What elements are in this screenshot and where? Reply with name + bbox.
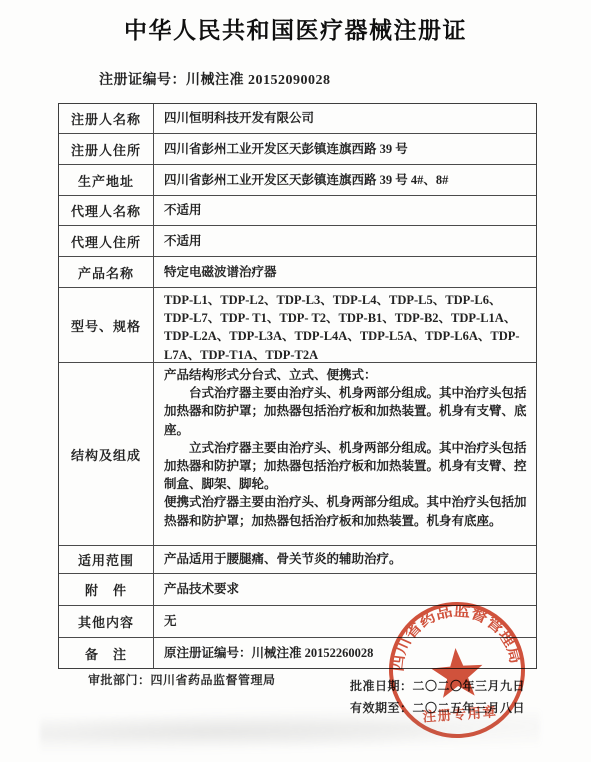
table-row-production-address: 生产地址 四川省彭州工业开发区天彭镇连旗西路 39 号 4#、8# [59, 164, 536, 195]
table-row-product-name: 产品名称 特定电磁波谱治疗器 [59, 256, 536, 287]
row-value: 四川省彭州工业开发区天彭镇连旗西路 39 号 [154, 134, 536, 164]
approval-date-label: 批准日期： [350, 679, 413, 693]
table-row-agent-address: 代理人住所 不适用 [59, 225, 536, 256]
approval-department-value: 四川省药品监督管理局 [151, 673, 276, 687]
row-value: 四川恒明科技开发有限公司 [154, 104, 536, 133]
row-label: 注册人名称 [59, 104, 154, 133]
table-row-other-content: 其他内容 无 [59, 605, 536, 637]
row-label: 附 件 [59, 574, 154, 605]
row-label: 型号、规格 [59, 288, 154, 362]
row-label: 生产地址 [59, 165, 154, 195]
scan-smudge-artifact [40, 710, 540, 752]
table-row-registrant-address: 注册人住所 四川省彭州工业开发区天彭镇连旗西路 39 号 [59, 133, 536, 164]
row-value: 产品技术要求 [154, 574, 536, 605]
row-label: 结构及组成 [59, 363, 154, 545]
approval-department-label: 审批部门： [88, 673, 151, 687]
row-label: 代理人名称 [59, 196, 154, 225]
table-row-remarks: 备 注 原注册证编号：川械注准 20152260028 [59, 637, 536, 668]
row-label: 适用范围 [59, 546, 154, 573]
table-row-registrant-name: 注册人名称 四川恒明科技开发有限公司 [59, 104, 536, 133]
row-value: 不适用 [154, 226, 536, 256]
approval-date-line: 批准日期：二〇二〇年三月九日 [350, 677, 525, 694]
registration-number-line: 注册证编号：川械注准 20152090028 [99, 69, 331, 89]
certificate-title: 中华人民共和国医疗器械注册证 [0, 12, 591, 45]
row-label: 备 注 [59, 638, 154, 668]
table-row-model-spec: 型号、规格 TDP-L1、TDP-L2、TDP-L3、TDP-L4、TDP-L5… [59, 287, 536, 362]
registration-number-value: 川械注准 20152090028 [186, 73, 331, 88]
table-row-structure-composition: 结构及组成 产品结构形式分台式、立式、便携式： 台式治疗器主要由治疗头、机身两部… [59, 362, 536, 545]
row-value: 四川省彭州工业开发区天彭镇连旗西路 39 号 4#、8# [154, 165, 536, 195]
table-row-agent-name: 代理人名称 不适用 [59, 195, 536, 225]
row-value: 原注册证编号：川械注准 20152260028 [154, 638, 536, 668]
approval-date-value: 二〇二〇年三月九日 [413, 679, 526, 693]
row-label: 产品名称 [59, 257, 154, 287]
row-value: 产品适用于腰腿痛、骨关节炎的辅助治疗。 [154, 546, 536, 573]
table-row-intended-use: 适用范围 产品适用于腰腿痛、骨关节炎的辅助治疗。 [59, 545, 536, 573]
certificate-page: 中华人民共和国医疗器械注册证 注册证编号：川械注准 20152090028 注册… [0, 0, 591, 762]
row-value: TDP-L1、TDP-L2、TDP-L3、TDP-L4、TDP-L5、TDP-L… [154, 288, 536, 362]
row-label: 注册人住所 [59, 134, 154, 164]
registration-number-label: 注册证编号： [99, 73, 186, 88]
approval-department-line: 审批部门：四川省药品监督管理局 [88, 671, 276, 688]
row-value: 特定电磁波谱治疗器 [154, 257, 536, 287]
row-label: 其他内容 [59, 606, 154, 637]
certificate-table: 注册人名称 四川恒明科技开发有限公司 注册人住所 四川省彭州工业开发区天彭镇连旗… [58, 103, 537, 669]
row-label: 代理人住所 [59, 226, 154, 256]
row-value: 产品结构形式分台式、立式、便携式： 台式治疗器主要由治疗头、机身两部分组成。其中… [154, 363, 536, 545]
table-row-attachment: 附 件 产品技术要求 [59, 573, 536, 605]
row-value: 不适用 [154, 196, 536, 225]
row-value: 无 [154, 606, 536, 637]
